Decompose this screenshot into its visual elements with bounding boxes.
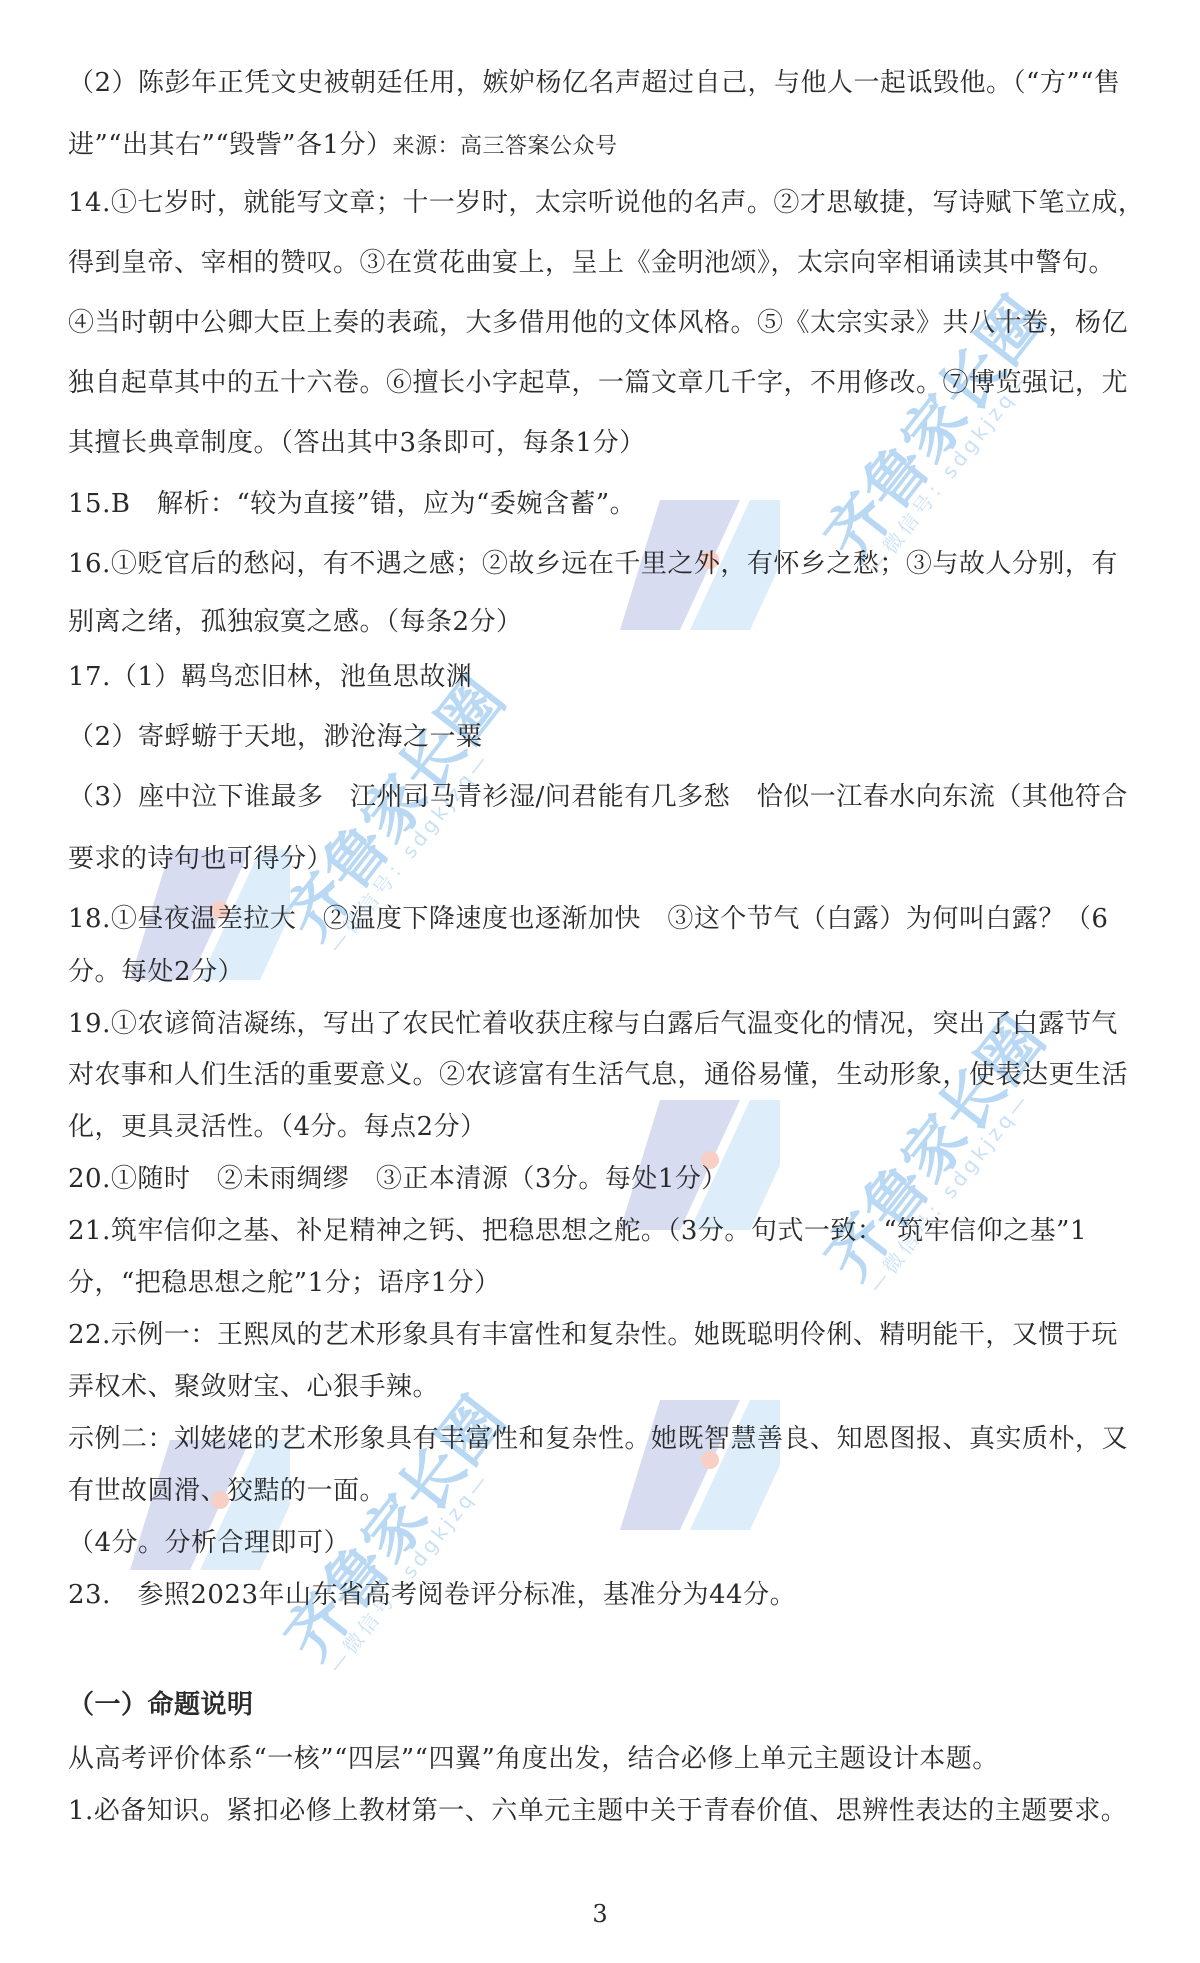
answer-22-line2: 弄权术、聚敛财宝、心狠手辣。 bbox=[68, 1370, 439, 1404]
answer-14-line2: 得到皇帝、宰相的赞叹。③在赏花曲宴上，呈上《金明池颂》，太宗向宰相诵读其中警句。 bbox=[68, 246, 1115, 280]
watermark-subtitle: —微信号：sdgkjzq— bbox=[860, 1084, 1036, 1297]
source-note: 来源：高三答案公众号 bbox=[393, 134, 618, 159]
answer-22-example2-line1: 示例二：刘姥姥的艺术形象具有丰富性和复杂性。她既智慧善良、知恩图报、真实质朴，又 bbox=[68, 1422, 1128, 1456]
watermark-logo-icon bbox=[600, 1380, 780, 1550]
answer-18-line1: 18.①昼夜温差拉大 ②温度下降速度也逐渐加快 ③这个节气（白露）为何叫白露？（… bbox=[68, 902, 1108, 936]
answer-17-3-line1: （3）座中泣下谁最多 江州司马青衫湿/问君能有几多愁 恰似一江春水向东流（其他符… bbox=[68, 780, 1128, 814]
answer-15: 15.B 解析：“较为直接”错，应为“委婉含蓄”。 bbox=[68, 487, 636, 521]
answer-19-line3: 化，更具灵活性。（4分。每点2分） bbox=[68, 1110, 487, 1144]
scoring-note: 进”“出其右”“毁訾”各1分） bbox=[68, 130, 393, 160]
answer-23: 23. 参照2023年山东省高考阅卷评分标准，基准分为44分。 bbox=[68, 1578, 796, 1612]
section-heading: （一）命题说明 bbox=[68, 1688, 254, 1722]
answer-22-scoring: （4分。分析合理即可） bbox=[68, 1526, 350, 1560]
section-paragraph-1: 从高考评价体系“一核”“四层”“四翼”角度出发，结合必修上单元主题设计本题。 bbox=[68, 1742, 999, 1776]
answer-22-line1: 22.示例一：王熙凤的艺术形象具有丰富性和复杂性。她既聪明伶俐、精明能干，又惯于… bbox=[68, 1318, 1118, 1352]
answer-21-line1: 21.筑牢信仰之基、补足精神之钙、把稳思想之舵。（3分。句式一致：“筑牢信仰之基… bbox=[68, 1214, 1087, 1248]
answer-14-line3: ④当时朝中公卿大臣上奏的表疏，大多借用他的文体风格。⑤《太宗实录》共八十卷，杨亿 bbox=[68, 306, 1128, 340]
answer-17-1: 17.（1）羁鸟恋旧林，池鱼思故渊 bbox=[68, 660, 472, 694]
answer-20: 20.①随时 ②未雨绸缪 ③正本清源（3分。每处1分） bbox=[68, 1162, 728, 1196]
answer-16-line2: 别离之绪，孤独寂寞之感。（每条2分） bbox=[68, 605, 523, 639]
answer-14-line4: 独自起草其中的五十六卷。⑥擅长小字起草，一篇文章几千字，不用修改。⑦博览强记，尤 bbox=[68, 366, 1128, 400]
answer-13-2-line1: （2）陈彭年正凭文史被朝廷任用，嫉妒杨亿名声超过自己，与他人一起诋毁他。（“方”… bbox=[68, 66, 1120, 100]
answer-22-example2-line2: 有世故圆滑、狡黠的一面。 bbox=[68, 1474, 386, 1508]
answer-14-line5: 其擅长典章制度。（答出其中3条即可，每条1分） bbox=[68, 426, 646, 460]
answer-16-line1: 16.①贬官后的愁闷，有不遇之感；②故乡远在千里之外，有怀乡之愁；③与故人分别，… bbox=[68, 547, 1118, 581]
answer-17-3-line2: 要求的诗句也可得分） bbox=[68, 842, 333, 876]
answer-19-line2: 对农事和人们生活的重要意义。②农谚富有生活气息，通俗易懂，生动形象，使表达更生活 bbox=[68, 1058, 1128, 1092]
answer-21-line2: 分，“把稳思想之舵”1分；语序1分） bbox=[68, 1266, 501, 1300]
page-number: 3 bbox=[0, 1900, 1200, 1928]
answer-18-line2: 分。每处2分） bbox=[68, 955, 244, 989]
answer-13-2-line2: 进”“出其右”“毁訾”各1分）来源：高三答案公众号 bbox=[68, 128, 618, 164]
answer-17-2: （2）寄蜉蝣于天地，渺沧海之一粟 bbox=[68, 720, 483, 754]
answer-19-line1: 19.①农谚简洁凝练，写出了农民忙着收获庄稼与白露后气温变化的情况，突出了白露节… bbox=[68, 1007, 1118, 1041]
section-paragraph-2: 1.必备知识。紧扣必修上教材第一、六单元主题中关于青春价值、思辨性表达的主题要求… bbox=[68, 1794, 1127, 1828]
answer-14-line1: 14.①七岁时，就能写文章；十一岁时，太宗听说他的名声。②才思敏捷，写诗赋下笔立… bbox=[68, 186, 1144, 220]
